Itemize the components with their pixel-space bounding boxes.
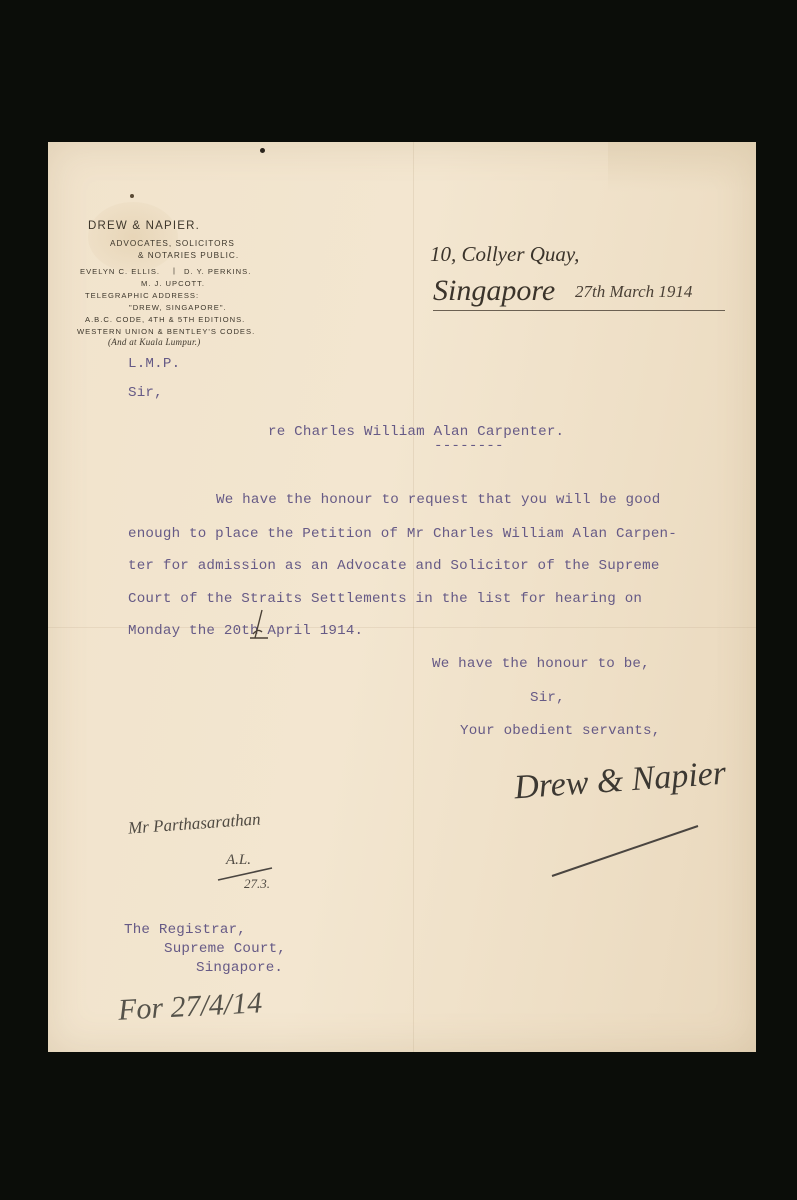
subject-line: re Charles William Alan Carpenter. <box>268 424 564 440</box>
city: Singapore <box>433 274 555 308</box>
letter-page: DREW & NAPIER. ADVOCATES, SOLICITORS & N… <box>48 142 756 1052</box>
marginal-name: Mr Parthasarathan <box>127 809 261 838</box>
handwritten-correction-mark <box>246 608 276 648</box>
body-line-1: We have the honour to request that you w… <box>216 492 660 508</box>
closing-line-1: We have the honour to be, <box>432 656 650 672</box>
codes-line2: WESTERN UNION & BENTLEY'S CODES. <box>77 327 255 336</box>
date-underline <box>433 310 725 311</box>
closing-line-3: Your obedient servants, <box>460 723 660 739</box>
paper-spot <box>260 148 265 153</box>
subject-underline: -------- <box>434 438 504 454</box>
letterhead-line2: & NOTARIES PUBLIC. <box>138 251 239 260</box>
paper-wear-top-right <box>608 142 756 192</box>
closing-line-2: Sir, <box>530 690 565 706</box>
body-line-2: enough to place the Petition of Mr Charl… <box>128 526 677 542</box>
salutation: Sir, <box>128 385 163 401</box>
branch-note: (And at Kuala Lumpur.) <box>108 337 201 347</box>
partner-left: EVELYN C. ELLIS. <box>80 267 160 276</box>
annotation-date: 27.3. <box>244 876 270 892</box>
partner-third: M. J. UPCOTT. <box>141 279 205 288</box>
telegraphic-address: "DREW, SINGAPORE". <box>129 303 227 312</box>
street-address: 10, Collyer Quay, <box>430 242 579 267</box>
signature-flourish <box>548 820 708 880</box>
firm-name: DREW & NAPIER. <box>88 220 200 232</box>
paper-spot <box>130 194 134 198</box>
letterhead-line1: ADVOCATES, SOLICITORS <box>110 239 235 248</box>
partner-right: D. Y. PERKINS. <box>184 267 251 276</box>
recipient-line-2: Supreme Court, <box>164 941 286 957</box>
body-line-4: Court of the Straits Settlements in the … <box>128 591 642 607</box>
codes-line1: A.B.C. CODE, 4TH & 5TH EDITIONS. <box>85 315 245 324</box>
signature: Drew & Napier <box>513 755 727 808</box>
letter-date: 27th March 1914 <box>575 282 692 302</box>
recipient-line-1: The Registrar, <box>124 922 246 938</box>
filing-note: For 27/4/14 <box>117 986 263 1027</box>
reference-initials: L.M.P. <box>128 356 180 372</box>
body-line-3: ter for admission as an Advocate and Sol… <box>128 558 660 574</box>
paper-stain <box>88 202 178 272</box>
partner-separator: | <box>173 266 176 275</box>
telegraphic-label: TELEGRAPHIC ADDRESS: <box>85 291 199 300</box>
recipient-line-3: Singapore. <box>196 960 283 976</box>
